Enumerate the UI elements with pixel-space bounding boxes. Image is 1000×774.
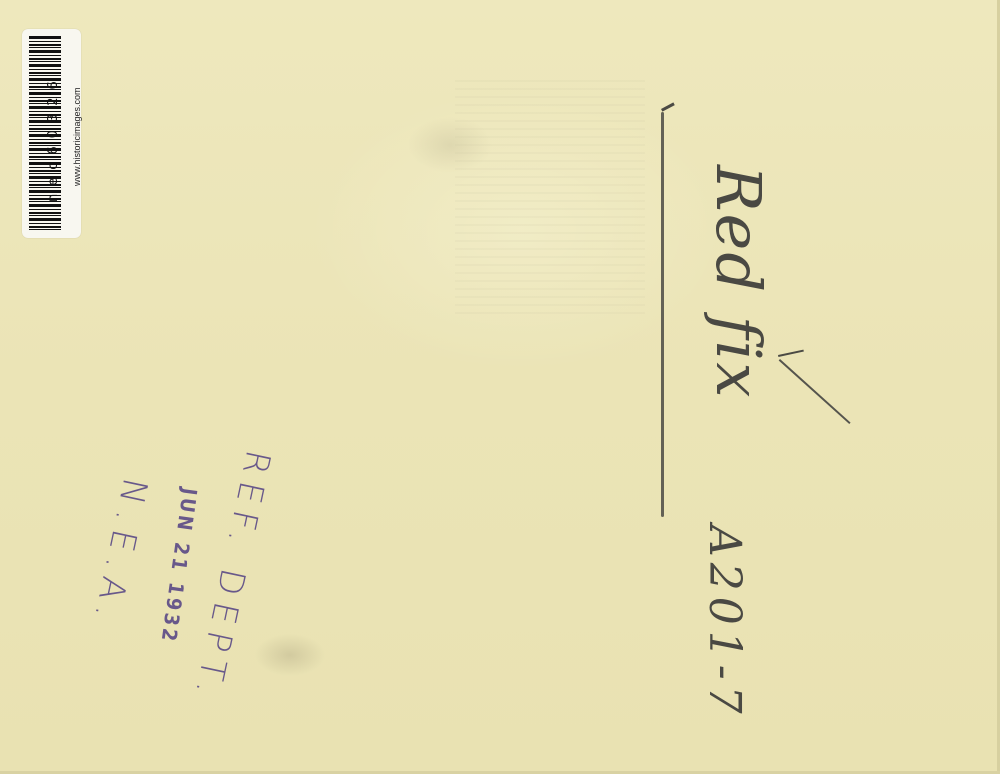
barcode-url: www.historicimages.com [72, 87, 82, 186]
handwritten-reference: A201-7 [699, 525, 750, 720]
pencil-vertical-line [661, 112, 664, 517]
handwritten-note: Red fix [702, 165, 775, 400]
barcode-code: nec60326 [46, 73, 61, 202]
bleed-through-text [455, 80, 645, 320]
